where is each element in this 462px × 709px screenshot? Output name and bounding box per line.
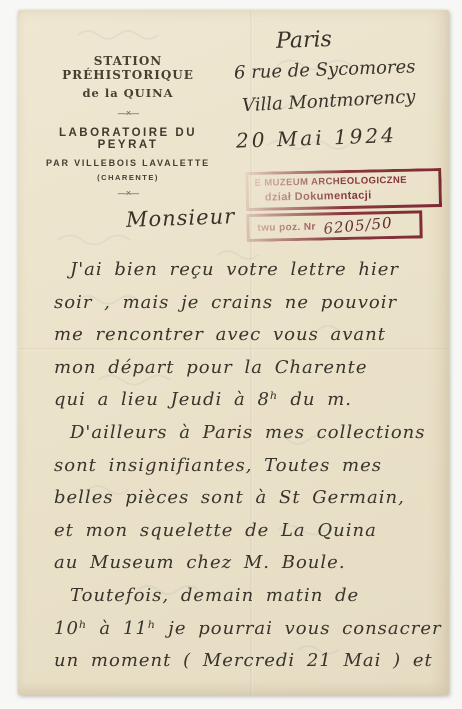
body-line: qui a lieu Jeudi à 8ʰ du m. [54, 384, 446, 417]
body-line: J'ai bien reçu votre lettre hier [54, 254, 446, 287]
letterhead-department: (CHARENTE) [40, 173, 216, 182]
letter-body: J'ai bien reçu votre lettre hier soir , … [54, 254, 446, 678]
address-line-2: Villa Montmorency [242, 85, 445, 117]
handwritten-header: Paris 6 rue de Sycomores Villa Montmoren… [234, 26, 444, 149]
letterhead-commune: PAR VILLEBOIS LAVALETTE [40, 158, 216, 168]
letterhead-station-place: de la QUINA [40, 86, 216, 100]
body-line: D'ailleurs à Paris mes collections [54, 417, 446, 450]
ornament-divider-icon: —×— [40, 108, 216, 118]
letter-date: 20 Mai 1924 [236, 121, 445, 152]
city: Paris [276, 23, 445, 54]
scanned-letter: STATION PRÉHISTORIQUE de la QUINA —×— LA… [0, 0, 462, 709]
stamp-inventory-label: twu poz. Nr [257, 221, 316, 233]
body-line: sont insignifiantes, Toutes mes [54, 450, 446, 483]
letterhead: STATION PRÉHISTORIQUE de la QUINA —×— LA… [40, 54, 216, 198]
salutation: Monsieur [126, 204, 236, 232]
stamp-inventory-number: 6205/50 [323, 214, 394, 238]
stamp-museum-name: E MUZEUM ARCHEOLOGICZNE [254, 174, 434, 189]
body-line: au Museum chez M. Boule. [54, 547, 446, 580]
ornament-divider-icon: —×— [40, 188, 216, 198]
archive-stamp: E MUZEUM ARCHEOLOGICZNE dział Dokumentac… [245, 168, 442, 242]
address-line-1: 6 rue de Sycomores [234, 55, 445, 83]
body-line: 10ʰ à 11ʰ je pourrai vous consacrer [54, 613, 446, 646]
letterhead-laboratory: LABORATOIRE DU PEYRAT [40, 127, 216, 151]
body-line: et mon squelette de La Quina [54, 515, 446, 548]
body-line: un moment ( Mercredi 21 Mai ) et [54, 645, 446, 678]
body-line: mon départ pour la Charente [54, 352, 446, 385]
archive-stamp-main-box: E MUZEUM ARCHEOLOGICZNE dział Dokumentac… [245, 168, 442, 211]
body-line: belles pièces sont à St Germain, [54, 482, 446, 515]
stamp-department: dział Dokumentacji [265, 188, 435, 204]
archive-stamp-number-box: twu poz. Nr 6205/50 [246, 210, 423, 242]
letterhead-station-name: STATION PRÉHISTORIQUE [40, 54, 216, 82]
body-line: Toutefois, demain matin de [54, 580, 446, 613]
body-line: me rencontrer avec vous avant [54, 319, 446, 352]
body-line: soir , mais je crains ne pouvoir [54, 287, 446, 320]
letter-paper: STATION PRÉHISTORIQUE de la QUINA —×— LA… [18, 10, 449, 695]
